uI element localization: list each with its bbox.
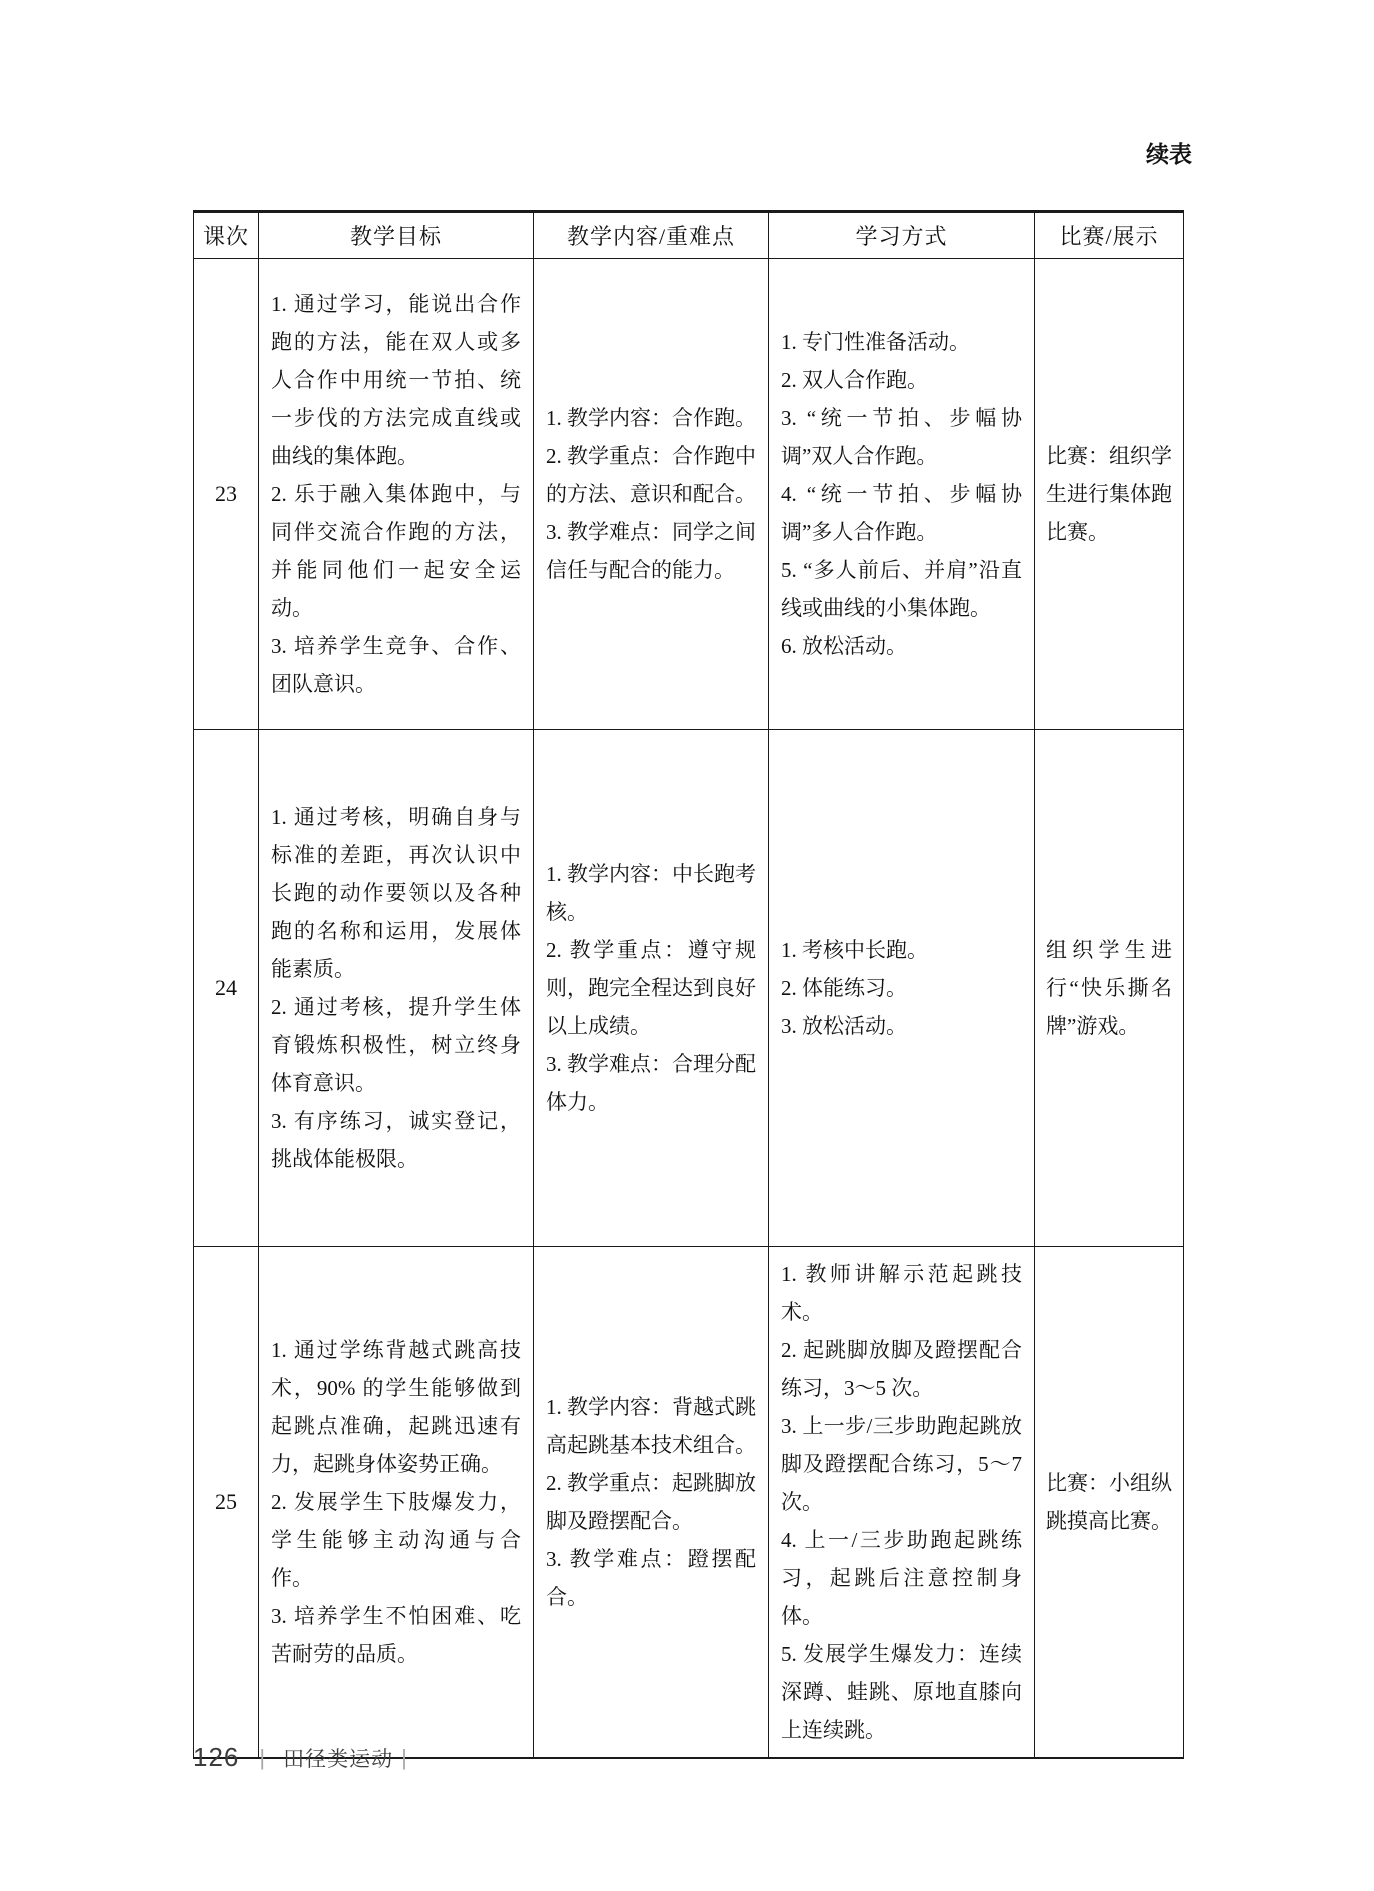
method-item: 1. 专门性准备活动。 xyxy=(781,323,1022,361)
method-item: 5. 发展学生爆发力：连续深蹲、蛙跳、原地直膝向上连续跳。 xyxy=(781,1635,1022,1749)
competition-item: 组织学生进行“快乐撕名牌”游戏。 xyxy=(1046,931,1172,1045)
methods-cell: 1. 教师讲解示范起跳技术。 2. 起跳脚放脚及蹬摆配合练习，3～5 次。 3.… xyxy=(769,1247,1035,1759)
methods-cell: 1. 专门性准备活动。 2. 双人合作跑。 3. “统一节拍、步幅协调”双人合作… xyxy=(769,259,1035,730)
competition-item: 比赛：小组纵跳摸高比赛。 xyxy=(1046,1464,1172,1540)
objective-item: 3. 培养学生竞争、合作、团队意识。 xyxy=(271,627,521,703)
content-item: 3. 教学难点：合理分配体力。 xyxy=(546,1045,756,1121)
table-row-lesson-23: 23 1. 通过学习，能说出合作跑的方法，能在双人或多人合作中用统一节拍、统一步… xyxy=(194,259,1184,730)
content-item: 2. 教学重点：起跳脚放脚及蹬摆配合。 xyxy=(546,1464,756,1540)
objective-item: 1. 通过学习，能说出合作跑的方法，能在双人或多人合作中用统一节拍、统一步伐的方… xyxy=(271,285,521,475)
method-item: 3. 放松活动。 xyxy=(781,1007,1022,1045)
content-item: 1. 教学内容：背越式跳高起跳基本技术组合。 xyxy=(546,1388,756,1464)
content-item: 3. 教学难点：同学之间信任与配合的能力。 xyxy=(546,513,756,589)
competition-cell: 组织学生进行“快乐撕名牌”游戏。 xyxy=(1035,730,1184,1247)
col-header-lesson: 课次 xyxy=(194,212,259,259)
content-item: 1. 教学内容：合作跑。 xyxy=(546,399,756,437)
objective-item: 3. 培养学生不怕困难、吃苦耐劳的品质。 xyxy=(271,1597,521,1673)
col-header-objectives: 教学目标 xyxy=(259,212,534,259)
content-cell: 1. 教学内容：合作跑。 2. 教学重点：合作跑中的方法、意识和配合。 3. 教… xyxy=(534,259,769,730)
table-row-lesson-25: 25 1. 通过学练背越式跳高技术，90% 的学生能够做到起跳点准确，起跳迅速有… xyxy=(194,1247,1184,1759)
content-cell: 1. 教学内容：中长跑考核。 2. 教学重点：遵守规则，跑完全程达到良好以上成绩… xyxy=(534,730,769,1247)
objectives-cell: 1. 通过考核，明确自身与标准的差距，再次认识中长跑的动作要领以及各种跑的名称和… xyxy=(259,730,534,1247)
objective-item: 2. 通过考核，提升学生体育锻炼积极性，树立终身体育意识。 xyxy=(271,988,521,1102)
objectives-cell: 1. 通过学练背越式跳高技术，90% 的学生能够做到起跳点准确，起跳迅速有力，起… xyxy=(259,1247,534,1759)
footer-section-title: 田径类运动 xyxy=(283,1743,393,1773)
page-number: 126 xyxy=(193,1742,239,1773)
competition-cell: 比赛：组织学生进行集体跑比赛。 xyxy=(1035,259,1184,730)
method-item: 3. 上一步/三步助跑起跳放脚及蹬摆配合练习，5～7 次。 xyxy=(781,1407,1022,1521)
methods-cell: 1. 考核中长跑。 2. 体能练习。 3. 放松活动。 xyxy=(769,730,1035,1247)
book-page: 续表 课次 教学目标 教学内容/重难点 学习方式 比赛/展示 23 1. 通过学… xyxy=(0,0,1374,1891)
content-item: 2. 教学重点：合作跑中的方法、意识和配合。 xyxy=(546,437,756,513)
method-item: 2. 起跳脚放脚及蹬摆配合练习，3～5 次。 xyxy=(781,1331,1022,1407)
col-header-content: 教学内容/重难点 xyxy=(534,212,769,259)
content-item: 3. 教学难点：蹬摆配合。 xyxy=(546,1540,756,1616)
objective-item: 3. 有序练习，诚实登记，挑战体能极限。 xyxy=(271,1102,521,1178)
method-item: 1. 考核中长跑。 xyxy=(781,931,1022,969)
objective-item: 2. 乐于融入集体跑中，与同伴交流合作跑的方法，并能同他们一起安全运动。 xyxy=(271,475,521,627)
method-item: 4. 上一/三步助跑起跳练习，起跳后注意控制身体。 xyxy=(781,1521,1022,1635)
competition-item: 比赛：组织学生进行集体跑比赛。 xyxy=(1046,437,1172,551)
col-header-methods: 学习方式 xyxy=(769,212,1035,259)
footer-divider: | xyxy=(259,1745,265,1771)
method-item: 1. 教师讲解示范起跳技术。 xyxy=(781,1255,1022,1331)
objective-item: 1. 通过考核，明确自身与标准的差距，再次认识中长跑的动作要领以及各种跑的名称和… xyxy=(271,798,521,988)
table-row-lesson-24: 24 1. 通过考核，明确自身与标准的差距，再次认识中长跑的动作要领以及各种跑的… xyxy=(194,730,1184,1247)
competition-cell: 比赛：小组纵跳摸高比赛。 xyxy=(1035,1247,1184,1759)
lesson-number: 23 xyxy=(194,259,259,730)
method-item: 5. “多人前后、并肩”沿直线或曲线的小集体跑。 xyxy=(781,551,1022,627)
lesson-number: 24 xyxy=(194,730,259,1247)
method-item: 2. 体能练习。 xyxy=(781,969,1022,1007)
page-footer: 126 | 田径类运动 | xyxy=(193,1742,407,1773)
method-item: 6. 放松活动。 xyxy=(781,627,1022,665)
footer-divider: | xyxy=(401,1745,407,1771)
objective-item: 2. 发展学生下肢爆发力，学生能够主动沟通与合作。 xyxy=(271,1483,521,1597)
objectives-cell: 1. 通过学习，能说出合作跑的方法，能在双人或多人合作中用统一节拍、统一步伐的方… xyxy=(259,259,534,730)
col-header-competition: 比赛/展示 xyxy=(1035,212,1184,259)
content-item: 2. 教学重点：遵守规则，跑完全程达到良好以上成绩。 xyxy=(546,931,756,1045)
method-item: 3. “统一节拍、步幅协调”双人合作跑。 xyxy=(781,399,1022,475)
method-item: 4. “统一节拍、步幅协调”多人合作跑。 xyxy=(781,475,1022,551)
lesson-plan-table: 课次 教学目标 教学内容/重难点 学习方式 比赛/展示 23 1. 通过学习，能… xyxy=(193,210,1184,1759)
content-item: 1. 教学内容：中长跑考核。 xyxy=(546,855,756,931)
lesson-number: 25 xyxy=(194,1247,259,1759)
table-header-row: 课次 教学目标 教学内容/重难点 学习方式 比赛/展示 xyxy=(194,212,1184,259)
objective-item: 1. 通过学练背越式跳高技术，90% 的学生能够做到起跳点准确，起跳迅速有力，起… xyxy=(271,1331,521,1483)
method-item: 2. 双人合作跑。 xyxy=(781,361,1022,399)
content-cell: 1. 教学内容：背越式跳高起跳基本技术组合。 2. 教学重点：起跳脚放脚及蹬摆配… xyxy=(534,1247,769,1759)
continued-table-label: 续表 xyxy=(193,136,1192,169)
